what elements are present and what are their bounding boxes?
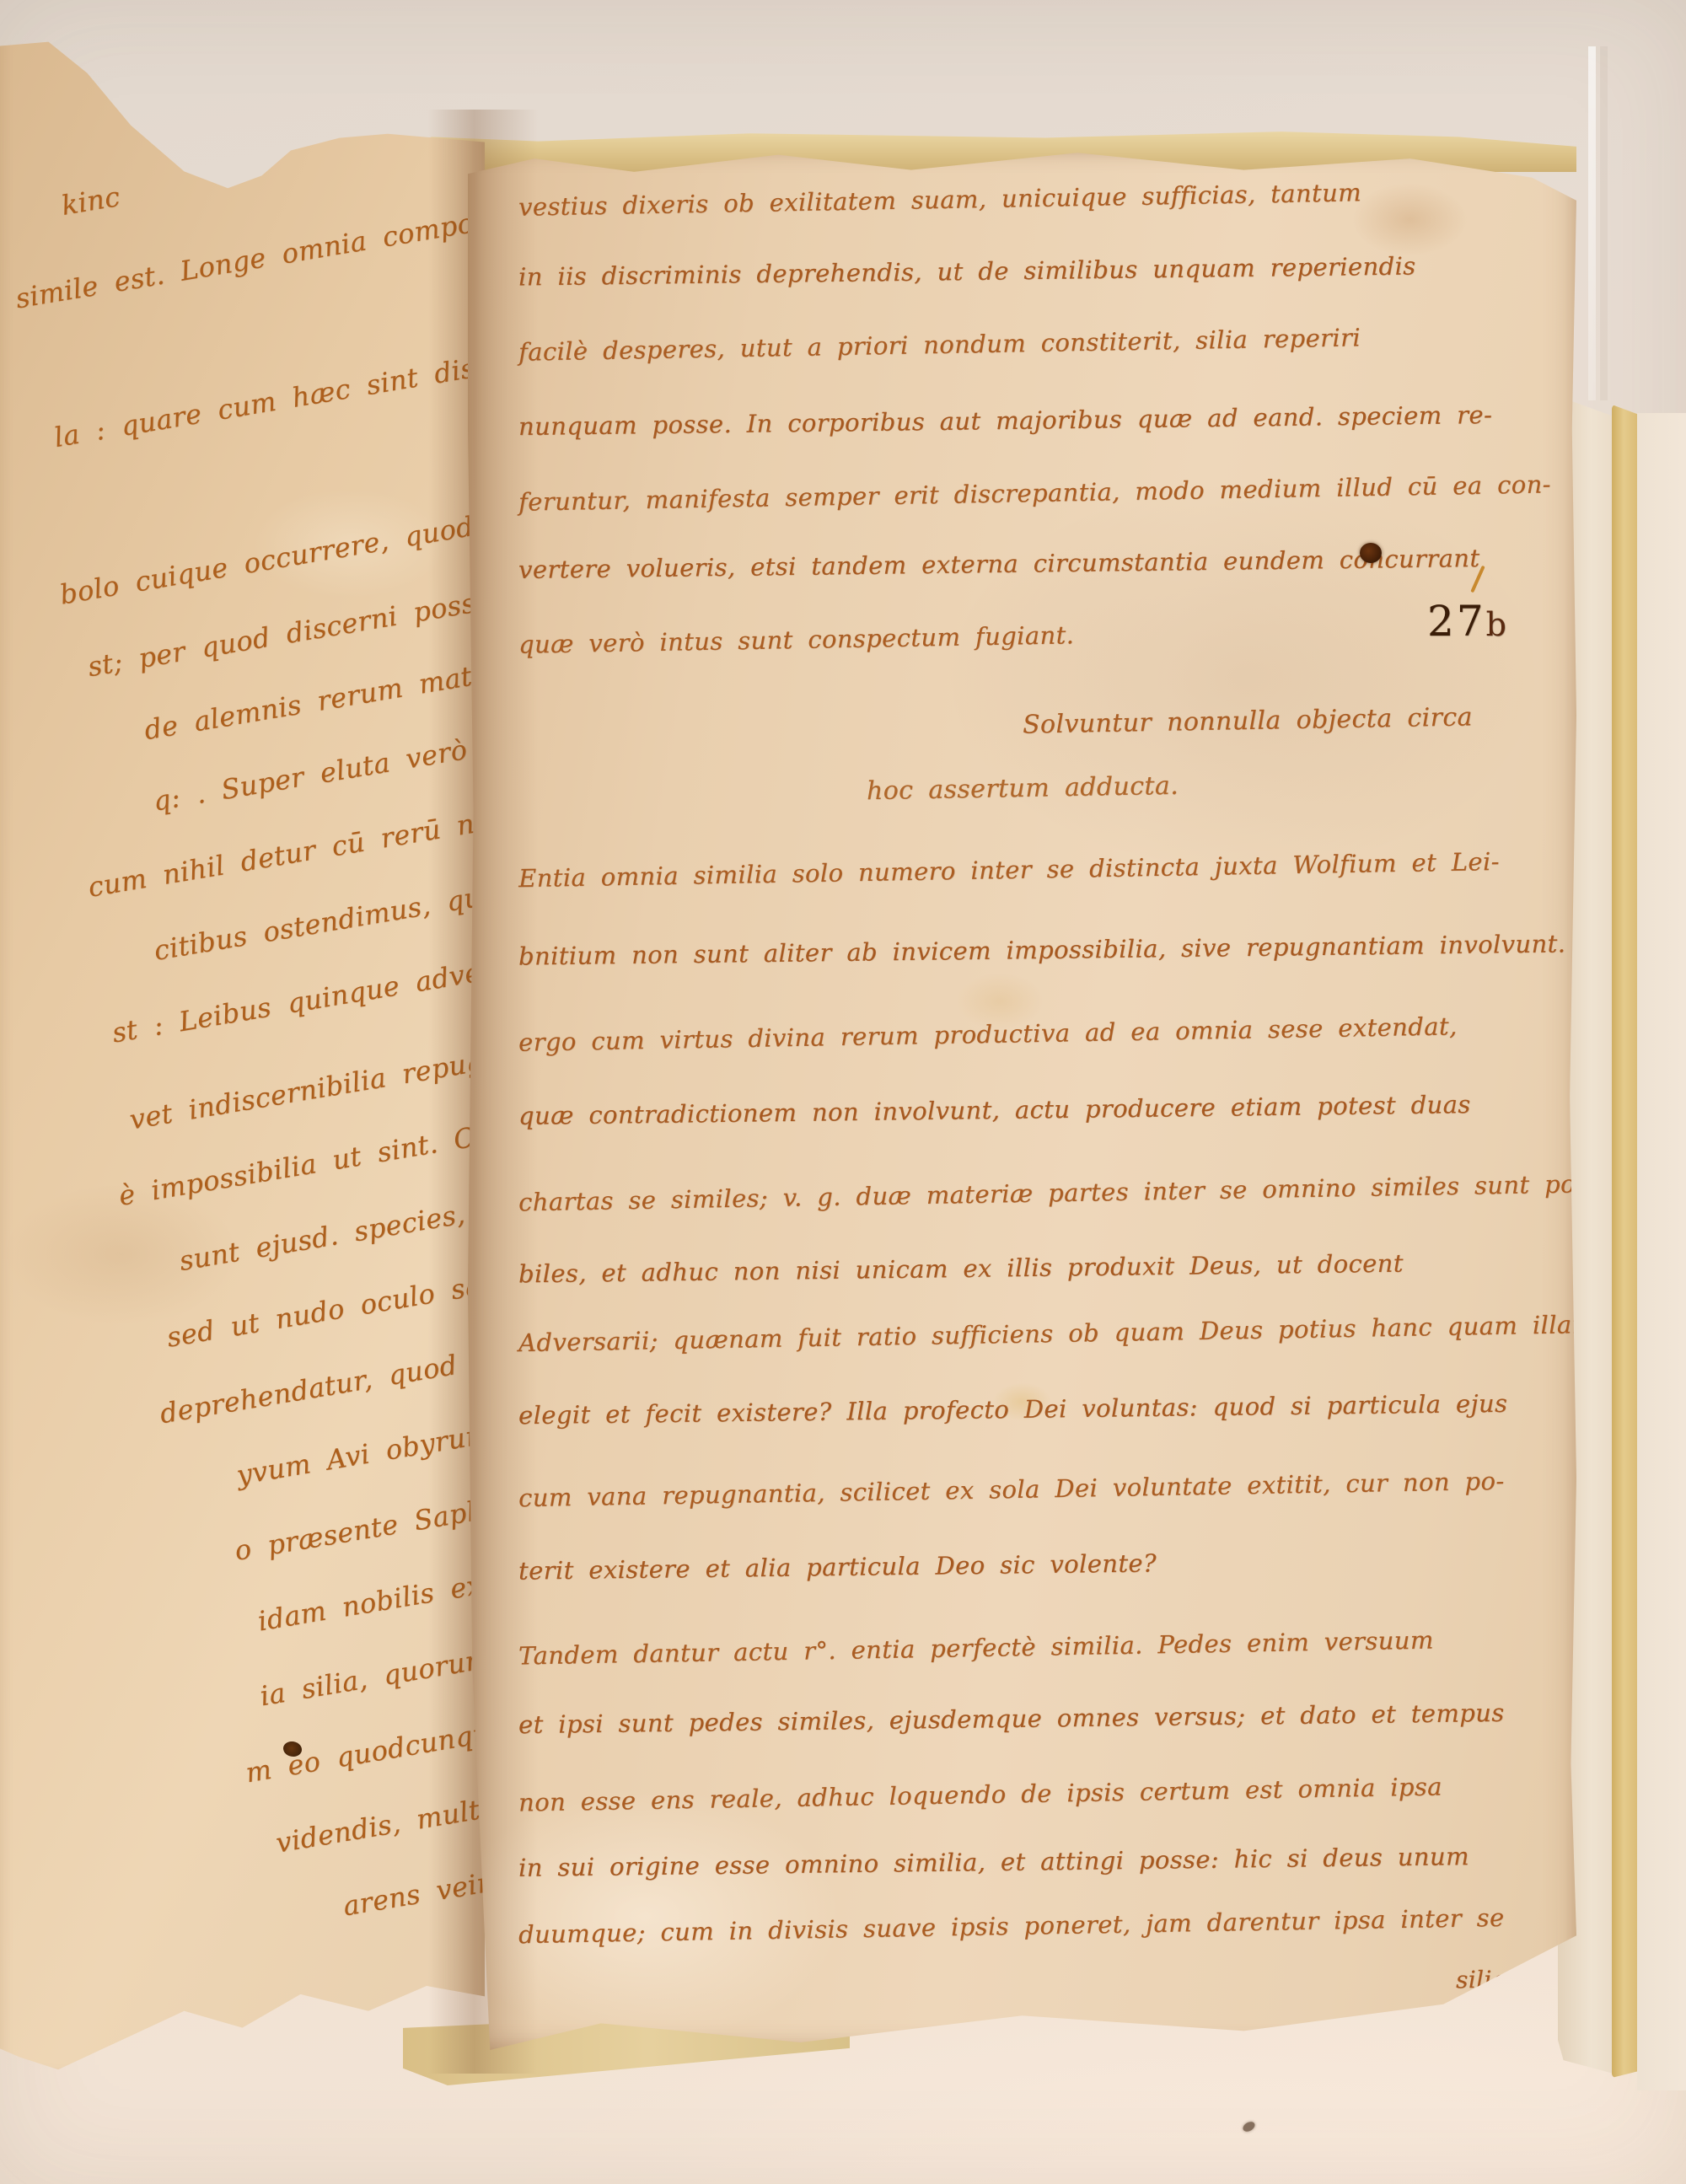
manuscript-line: in iis discriminis deprehendis, ut de si… bbox=[518, 251, 1416, 291]
heading-line: Solvuntur nonnulla objecta circa bbox=[1022, 702, 1472, 739]
left-page: kinc si simile est. Longe omnia compo- l… bbox=[0, 0, 485, 2090]
manuscript-line: bnitium non sunt aliter ab invicem impos… bbox=[518, 929, 1566, 970]
manuscript-line: quæ verò intus sunt conspectum fugiant. bbox=[518, 620, 1075, 659]
manuscript-line: non esse ens reale, adhuc loquendo de ip… bbox=[518, 1772, 1442, 1816]
manuscript-photo: kinc si simile est. Longe omnia compo- l… bbox=[0, 0, 1686, 2184]
manuscript-line: vertere volueris, etsi tandem externa ci… bbox=[518, 544, 1480, 584]
manuscript-line: Entia omnia similia solo numero inter se… bbox=[518, 847, 1500, 893]
manuscript-line: nunquam posse. In corporibus aut majorib… bbox=[518, 400, 1493, 441]
dust-speck bbox=[1242, 2120, 1257, 2133]
manuscript-line: Tandem dantur actu r°. entia perfectè si… bbox=[518, 1626, 1434, 1671]
manuscript-line: la : quare cum hæc sint dissi- bbox=[51, 346, 509, 453]
manuscript-line: chartas se similes; v. g. duæ materiæ pa… bbox=[518, 1169, 1619, 1217]
manuscript-line: duumque; cum in divisis suave ipsis pone… bbox=[518, 1903, 1505, 1949]
catchword: silia bbox=[1456, 1966, 1506, 1994]
page-number: 27b bbox=[1427, 597, 1509, 646]
manuscript-line: feruntur, manifesta semper erit discrepa… bbox=[518, 470, 1551, 516]
fore-edge-strip bbox=[1612, 405, 1639, 2078]
manuscript-line: kinc bbox=[59, 180, 122, 222]
manuscript-line: Adversarii; quænam fuit ratio sufficiens… bbox=[518, 1310, 1596, 1357]
manuscript-line: cum vana repugnantia, scilicet ex sola D… bbox=[518, 1467, 1505, 1512]
page-number-suffix: b bbox=[1486, 606, 1509, 643]
wall-seam bbox=[1588, 46, 1596, 400]
manuscript-line: facilè desperes, utut a priori nondum co… bbox=[518, 323, 1361, 366]
right-page: vestius dixeris ob exilitatem suam, unic… bbox=[468, 143, 1576, 2050]
manuscript-line: ergo cum virtus divina rerum productiva … bbox=[518, 1012, 1458, 1056]
back-cover-edge bbox=[1637, 413, 1686, 2090]
manuscript-line: in sui origine esse omnino similia, et a… bbox=[518, 1842, 1469, 1882]
ink-blot bbox=[1360, 543, 1382, 563]
manuscript-line: et ipsi sunt pedes similes, ejusdemque o… bbox=[518, 1698, 1505, 1739]
manuscript-line: quæ contradictionem non involvunt, actu … bbox=[518, 1090, 1471, 1130]
manuscript-line: si simile est. Longe omnia compo- bbox=[0, 205, 486, 321]
manuscript-line: biles, et adhuc non nisi unicam ex illis… bbox=[518, 1249, 1404, 1289]
manuscript-line: terit existere et alia particula Deo sic… bbox=[518, 1548, 1157, 1585]
page-number-main: 27 bbox=[1427, 597, 1486, 646]
heading-line: hoc assertum adducta. bbox=[866, 771, 1179, 806]
manuscript-line: elegit et fecit existere? Illa profecto … bbox=[518, 1389, 1508, 1430]
manuscript-line: vestius dixeris ob exilitatem suam, unic… bbox=[518, 178, 1362, 221]
ink-blot bbox=[283, 1741, 302, 1757]
